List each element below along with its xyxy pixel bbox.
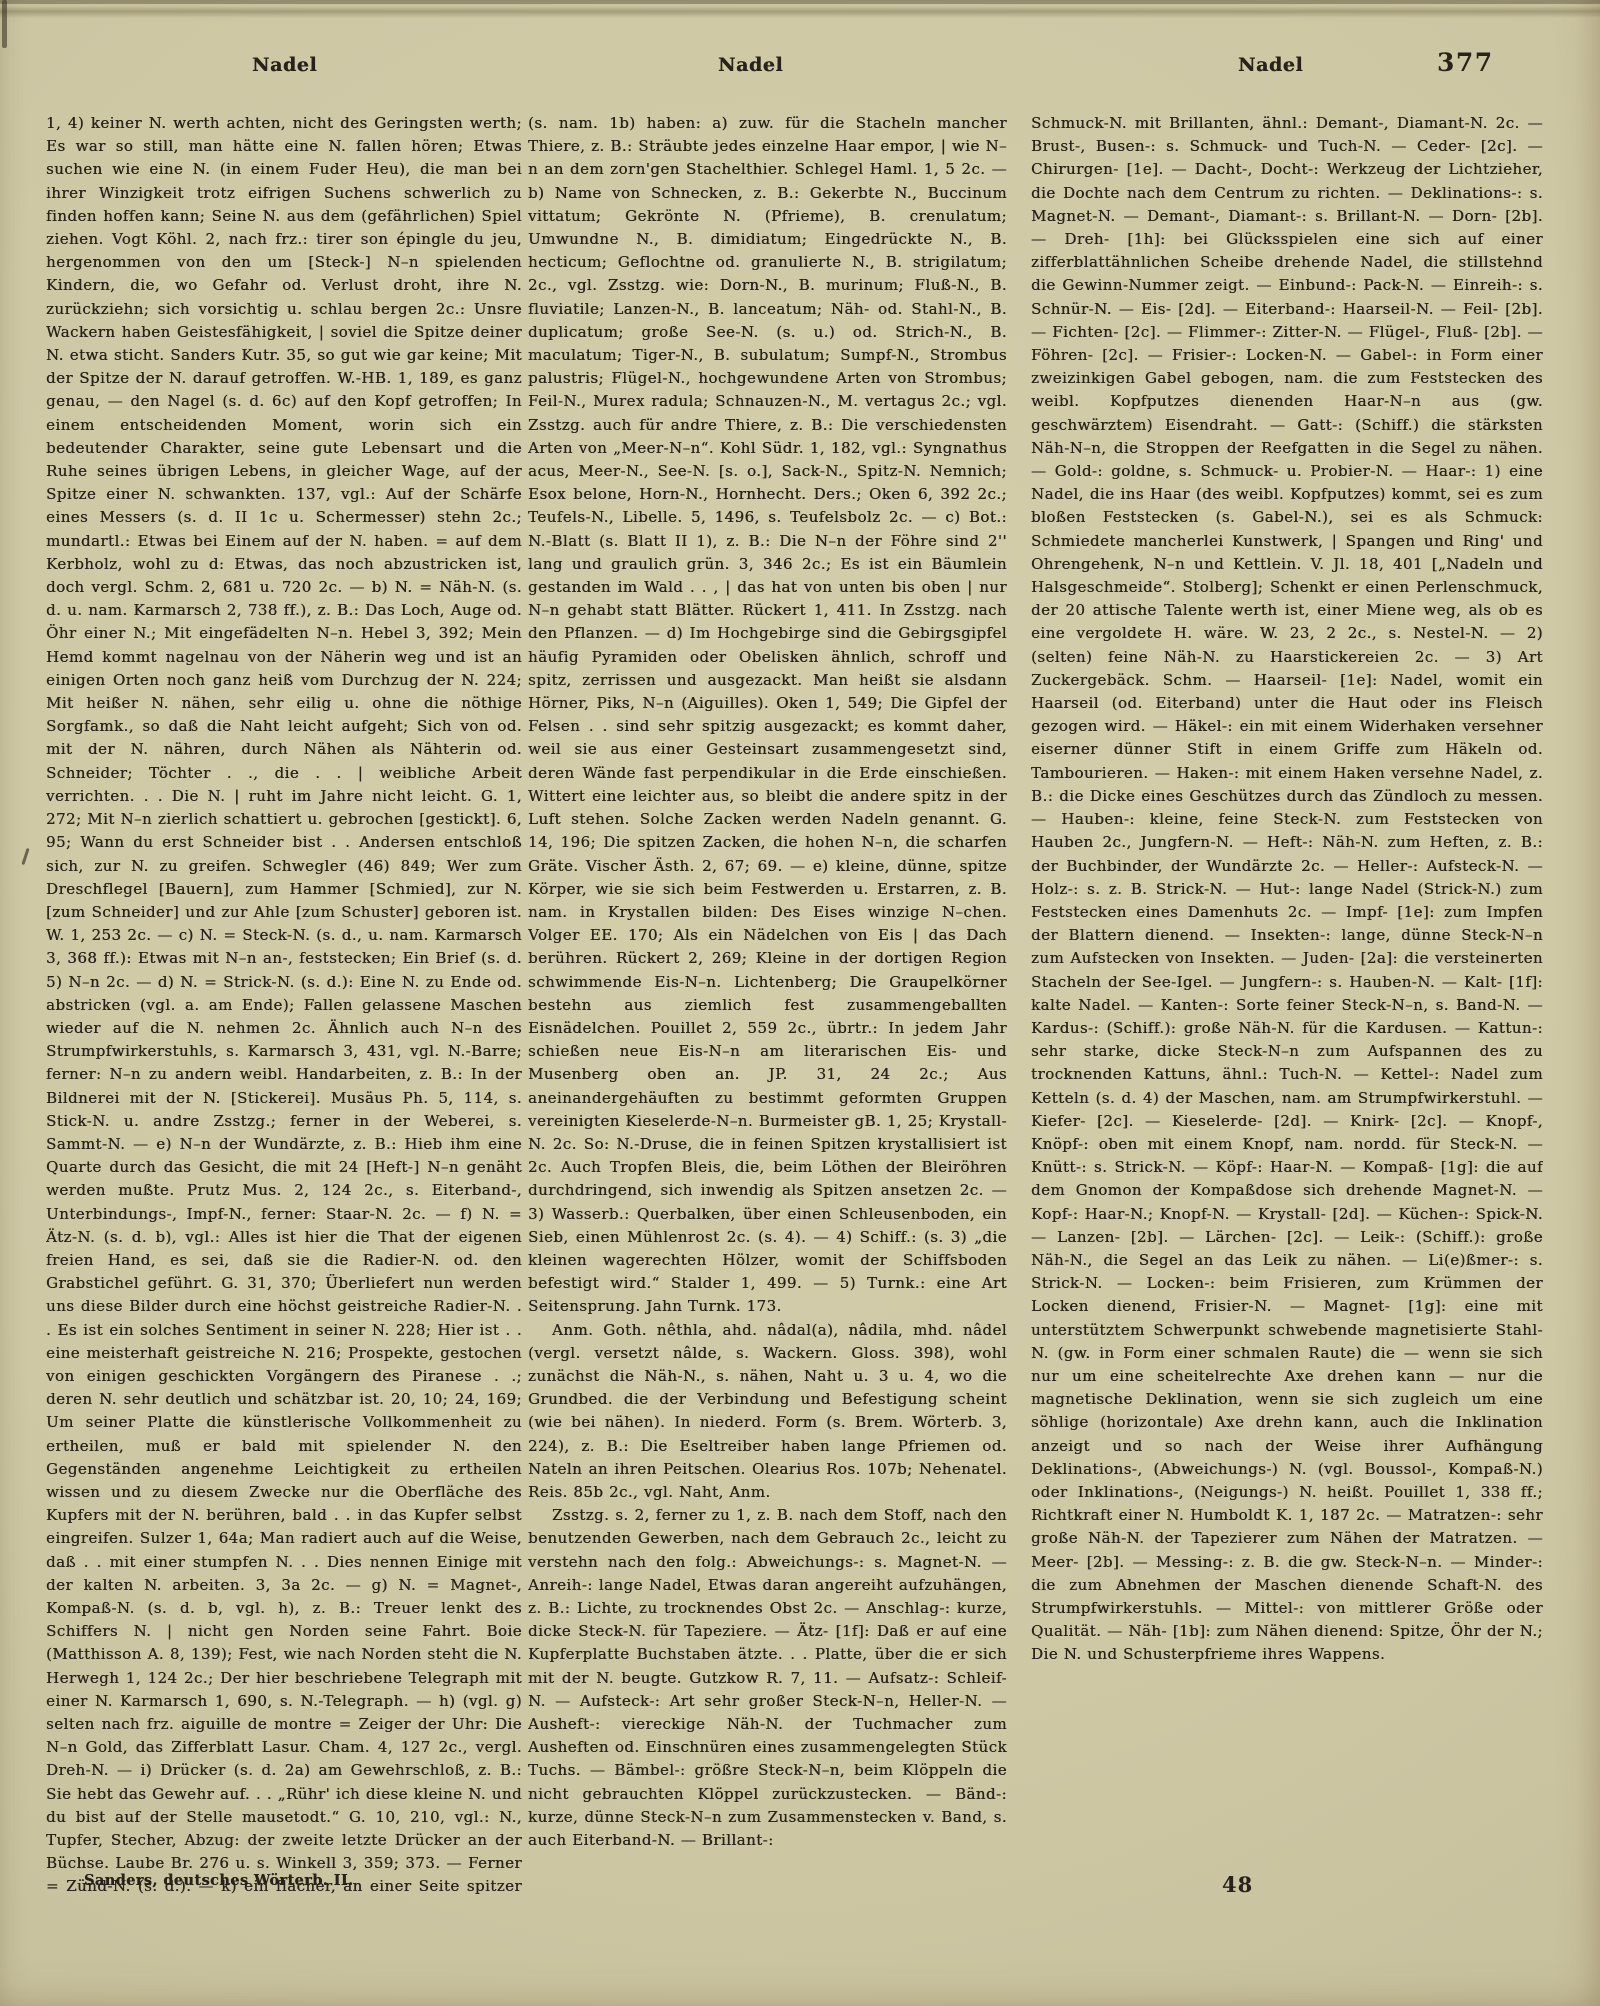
scan-crease — [0, 6, 1600, 18]
running-head-right: Nadel — [1238, 54, 1303, 76]
scan-corner-mark — [2, 0, 7, 48]
column-left: 1, 4) keiner N. werth achten, nicht des … — [46, 112, 522, 1894]
column-middle-body: (s. nam. 1b) haben: a) zuw. für die Stac… — [528, 112, 1007, 1319]
column-middle-anmerkung: Anm. Goth. nêthla, ahd. nâdal(a), nâdila… — [528, 1319, 1007, 1505]
printer-signature: Sanders, deutsches Wörterb. II. — [84, 1872, 353, 1889]
column-right-body: Schmuck-N. mit Brillanten, ähnl.: Demant… — [1031, 112, 1543, 1667]
column-middle: (s. nam. 1b) haben: a) zuw. für die Stac… — [528, 112, 1007, 1894]
sheet-number: 48 — [1222, 1872, 1253, 1897]
page-number: 377 — [1437, 48, 1494, 77]
scan-edge-top — [0, 0, 1600, 4]
dictionary-page-scan: Nadel Nadel Nadel 377 1, 4) keiner N. we… — [0, 0, 1600, 2006]
running-head-left: Nadel — [252, 54, 317, 76]
column-left-body: 1, 4) keiner N. werth achten, nicht des … — [46, 112, 522, 1894]
column-right: Schmuck-N. mit Brillanten, ähnl.: Demant… — [1031, 112, 1543, 1894]
running-head-center: Nadel — [718, 54, 783, 76]
column-middle-zusammensetzungen: Zsstzg. s. 2, ferner zu 1, z. B. nach de… — [528, 1504, 1007, 1852]
ink-mark — [21, 848, 29, 865]
